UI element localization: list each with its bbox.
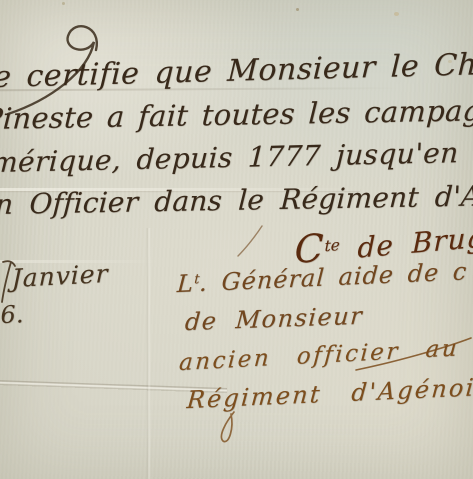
vertical-crease: [146, 228, 151, 479]
handwritten-line-3: mérique, depuis 1777 jusqu'en 1783: [0, 134, 473, 179]
manuscript-photo: e certifie que Monsieur le Cheval Pinest…: [0, 0, 473, 479]
paper-speck: [296, 8, 299, 11]
signature-attachment-line: de Monsieur: [184, 302, 364, 336]
signature-flourish-stroke: [350, 332, 473, 374]
stray-descender-stroke: [236, 224, 266, 258]
signature-rank-line: Lt. Général aide de c: [176, 257, 468, 298]
countersignature-superscript: te: [324, 236, 340, 255]
rank-rest: . Général aide de c: [199, 257, 469, 297]
rank-initial: L: [176, 269, 195, 298]
dateline-year-fragment: 6.: [0, 300, 24, 329]
dateline-month: Janvier: [11, 259, 108, 293]
paper-speck: [394, 12, 399, 16]
descender-loop-stroke: [204, 410, 244, 446]
paper-speck: [62, 2, 65, 5]
signature-regiment-line: Régiment d'Agénois: [186, 373, 473, 414]
handwritten-line-4: n Officier dans le Régiment d'Agénois: [0, 178, 473, 221]
